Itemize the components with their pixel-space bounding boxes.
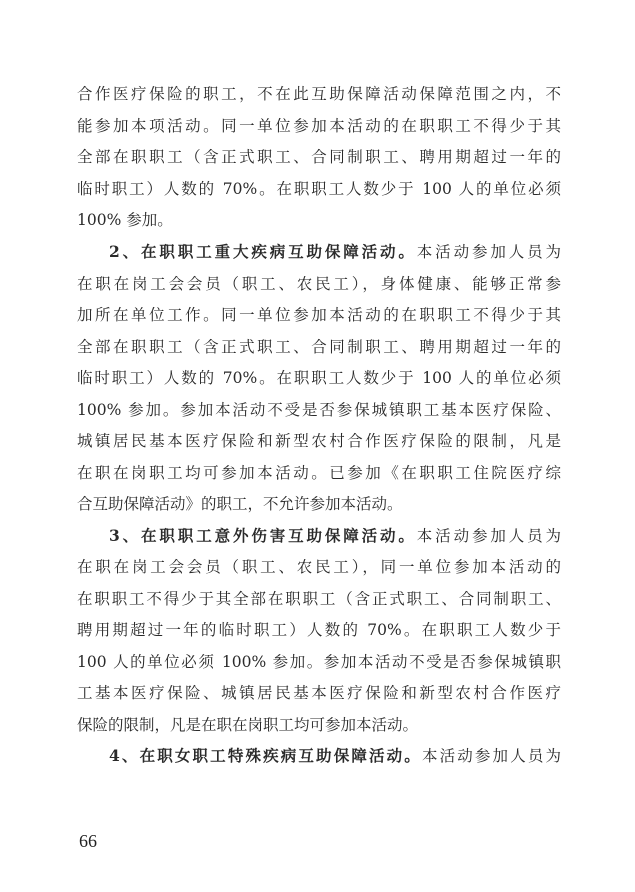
paragraph-3-line-5: 100 人的单位必须 100% 参加。参加本活动不受是否参保城镇职 (77, 650, 561, 674)
paragraph-3-line-1: 3、在职职工意外伤害互助保障活动。本活动参加人员为 (109, 524, 561, 548)
paragraph-3-line-6: 工基本医疗保险、城镇居民基本医疗保险和新型农村合作医疗 (77, 681, 561, 705)
paragraph-2-line-7: 城镇居民基本医疗保险和新型农村合作医疗保险的限制，凡是 (77, 429, 561, 453)
paragraph-3-line-2: 在职在岗工会会员（职工、农民工），同一单位参加本活动的 (77, 555, 561, 579)
paragraph-1-line-2: 能参加本项活动。同一单位参加本活动的在职职工不得少于其 (77, 114, 561, 138)
paragraph-3-line-7: 保险的限制，凡是在职在岗职工均可参加本活动。 (77, 713, 561, 737)
paragraph-2-line-6: 100% 参加。参加本活动不受是否参保城镇职工基本医疗保险、 (77, 398, 561, 422)
paragraph-3-line-1-text: 本活动参加人员为 (417, 527, 561, 545)
paragraph-2-line-5: 临时职工）人数的 70%。在职职工人数少于 100 人的单位必须 (77, 366, 561, 390)
paragraph-1-line-4: 临时职工）人数的 70%。在职职工人数少于 100 人的单位必须 (77, 177, 561, 201)
paragraph-2-line-4: 全部在职职工（含正式职工、合同制职工、聘用期超过一年的 (77, 335, 561, 359)
paragraph-1-line-3: 全部在职职工（含正式职工、合同制职工、聘用期超过一年的 (77, 145, 561, 169)
paragraph-2-line-8: 在职在岗职工均可参加本活动。已参加《在职职工住院医疗综 (77, 461, 561, 485)
paragraph-1-line-5: 100% 参加。 (77, 208, 561, 232)
page-number: 66 (79, 831, 97, 852)
paragraph-2-line-1-text: 本活动参加人员为 (417, 243, 561, 261)
paragraph-2-line-1: 2、在职职工重大疾病互助保障活动。本活动参加人员为 (109, 240, 561, 264)
paragraph-4-line-1: 4、在职女职工特殊疾病互助保障活动。本活动参加人员为 (109, 744, 561, 768)
paragraph-2-line-9: 合互助保障活动》的职工，不允许参加本活动。 (77, 492, 561, 516)
paragraph-4-line-1-text: 本活动参加人员为 (422, 747, 561, 765)
paragraph-3-heading: 3、在职职工意外伤害互助保障活动。 (109, 526, 417, 545)
paragraph-2-heading: 2、在职职工重大疾病互助保障活动。 (109, 242, 417, 261)
paragraph-3-line-4: 聘用期超过一年的临时职工）人数的 70%。在职职工人数少于 (77, 618, 561, 642)
paragraph-3-line-3: 在职职工不得少于其全部在职职工（含正式职工、合同制职工、 (77, 587, 561, 611)
paragraph-4-heading: 4、在职女职工特殊疾病互助保障活动。 (109, 746, 422, 765)
document-page: 合作医疗保险的职工，不在此互助保障活动保障范围之内，不 能参加本项活动。同一单位… (0, 0, 635, 892)
paragraph-2-line-3: 加所在单位工作。同一单位参加本活动的在职职工不得少于其 (77, 303, 561, 327)
paragraph-2-line-2: 在职在岗工会会员（职工、农民工），身体健康、能够正常参 (77, 272, 561, 296)
paragraph-1-line-1: 合作医疗保险的职工，不在此互助保障活动保障范围之内，不 (77, 82, 561, 106)
